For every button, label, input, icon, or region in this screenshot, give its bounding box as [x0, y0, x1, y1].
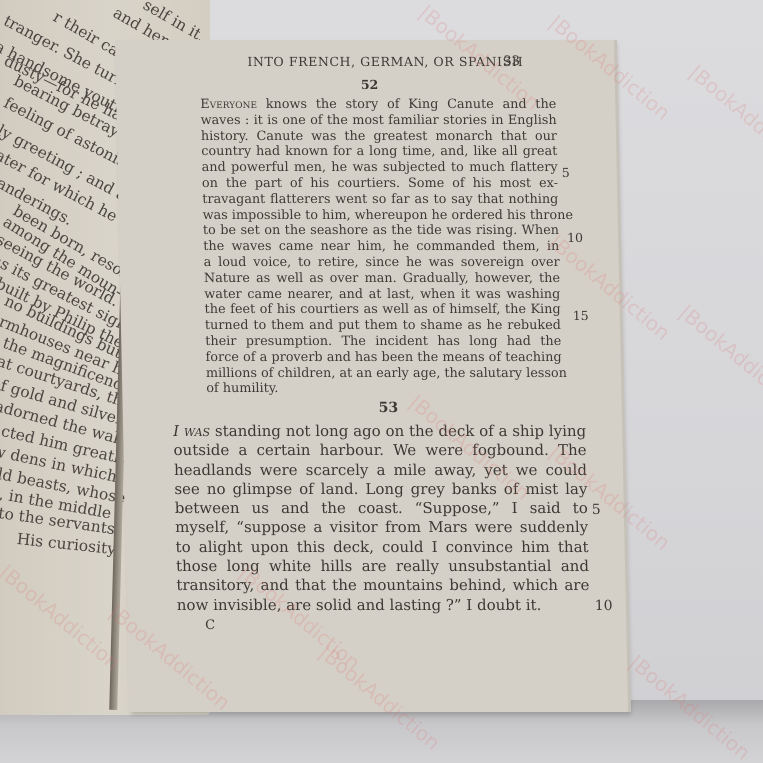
- line-marker: 10: [567, 230, 583, 245]
- text-line: outside a certain harbour. We were fogbo…: [173, 441, 586, 460]
- right-page: INTO FRENCH, GERMAN, OR SPANISH 33 52 Ev…: [115, 40, 629, 712]
- section-number-53: 53: [379, 400, 399, 416]
- text-line: those long white hills are really unsubs…: [176, 557, 589, 576]
- line-marker: 5: [562, 165, 570, 180]
- text-line: to be set on the seashore as the tide wa…: [203, 223, 559, 239]
- text-line: I was standing not long ago on the deck …: [173, 422, 586, 441]
- text-line: headlands were scarcely a mile away, yet…: [174, 461, 587, 480]
- line-marker: 5: [592, 502, 601, 518]
- text-line: the waves came near him, he commanded th…: [203, 239, 559, 255]
- text-line: travagant flatterers went so far as to s…: [202, 192, 558, 208]
- text-line: Nature as well as over man. Gradually, h…: [204, 271, 560, 287]
- page-number: 33: [503, 54, 520, 69]
- drop-word: I was: [173, 422, 210, 440]
- section-number-52: 52: [361, 77, 379, 92]
- drop-word: Everyone: [200, 97, 257, 112]
- text-line: between us and the coast. “Suppose,” I s…: [175, 499, 588, 518]
- text-line: of humility.: [206, 381, 562, 397]
- text-line: to alight upon this deck, could I convin…: [175, 538, 588, 557]
- section-53-paragraph: I was standing not long ago on the deck …: [173, 422, 590, 615]
- text-line: country had known for a long time, and, …: [201, 144, 557, 160]
- text-line: the feet of his courtiers as well as of …: [204, 302, 560, 318]
- text-line: see no glimpse of land. Long grey banks …: [174, 480, 587, 499]
- text-line: force of a proverb and has been the mean…: [205, 350, 561, 366]
- signature-mark: C: [205, 618, 215, 633]
- text-line: was impossible to him, whereupon he orde…: [202, 208, 558, 224]
- text-line: now invisible, are solid and lasting ?” …: [177, 596, 590, 615]
- running-head: INTO FRENCH, GERMAN, OR SPANISH: [247, 54, 523, 69]
- text-line: waves : it is one of the most familiar s…: [200, 113, 556, 129]
- section-52-paragraph: Everyone knows the story of King Canute …: [200, 97, 562, 397]
- text-line: on the part of his courtiers. Some of hi…: [202, 176, 558, 192]
- text-line: water came nearer, and at last, when it …: [204, 287, 560, 303]
- line-marker: 10: [595, 598, 613, 614]
- text-line: turned to them and put them to shame as …: [205, 318, 561, 334]
- text-line: Everyone knows the story of King Canute …: [200, 97, 556, 113]
- text-line: transitory, and that the mountains behin…: [176, 576, 589, 595]
- text-line: millions of children, at an early age, t…: [206, 366, 562, 382]
- text-line: history. Canute was the greatest monarch…: [201, 129, 557, 145]
- line-marker: 15: [573, 308, 589, 323]
- text-line: a loud voice, to retire, since he was so…: [203, 255, 559, 271]
- text-line: their presumption. The incident has long…: [205, 334, 561, 350]
- text-line: myself, “suppose a visitor from Mars wer…: [175, 518, 588, 537]
- text-line: and powerful men, he was subjected to mu…: [201, 160, 557, 176]
